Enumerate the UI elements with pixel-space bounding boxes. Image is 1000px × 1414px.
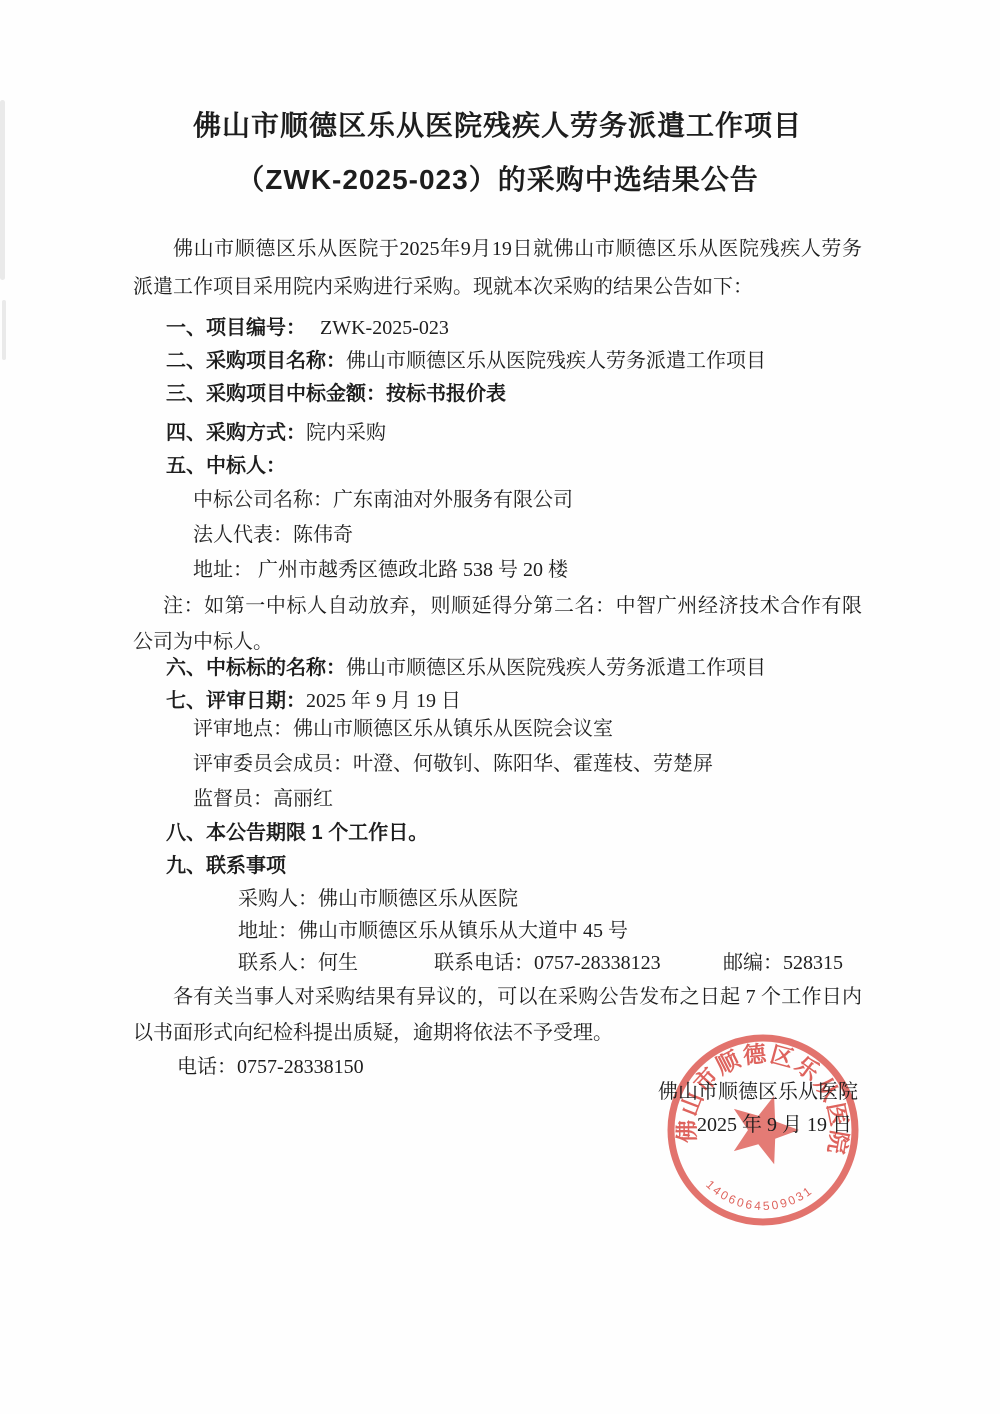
item-label: 六、中标标的名称：	[166, 657, 346, 679]
document-content: 佛山市顺德区乐从医院残疾人劳务派遣工作项目 （ZWK-2025-023）的采购中…	[133, 106, 862, 1142]
item-award-amount: 三、采购项目中标金额：按标书报价表	[133, 378, 862, 411]
signature-org: 佛山市顺德区乐从医院	[133, 1076, 862, 1109]
winner-legal-rep: 法人代表：陈伟奇	[133, 518, 862, 553]
item-label: 七、评审日期：	[166, 690, 306, 712]
announcement-list: 一、项目编号：ZWK-2025-023 二、采购项目名称：佛山市顺德区乐从医院残…	[133, 312, 862, 1142]
page-title-line2: （ZWK-2025-023）的采购中选结果公告	[133, 160, 862, 200]
item-label: 八、本公告期限 1 个工作日。	[166, 822, 428, 844]
item-value: 2025 年 9 月 19 日	[306, 690, 461, 712]
contact-address: 地址：佛山市顺德区乐从镇乐从大道中 45 号	[133, 915, 862, 947]
item-value: 佛山市顺德区乐从医院残疾人劳务派遣工作项目	[346, 350, 766, 372]
review-supervisor: 监督员：高丽红	[133, 782, 862, 817]
item-label: 九、联系事项	[166, 855, 286, 877]
contact-row: 联系人：何生 联系电话：0757-28338123 邮编：528315	[133, 947, 862, 979]
item-value: 院内采购	[306, 422, 386, 444]
item-project-number: 一、项目编号：ZWK-2025-023	[133, 312, 862, 345]
item-notice-period: 八、本公告期限 1 个工作日。	[133, 817, 862, 850]
item-label: 一、项目编号：	[166, 317, 306, 339]
intro-paragraph: 佛山市顺德区乐从医院于2025年9月19日就佛山市顺德区乐从医院残疾人劳务派遣工…	[133, 230, 862, 306]
scan-artifact	[2, 300, 6, 360]
item-label: 四、采购方式：	[166, 422, 306, 444]
signature-date: 2025 年 9 月 19 日	[133, 1109, 862, 1142]
item-contact-matters: 九、联系事项	[133, 850, 862, 883]
item-award-subject: 六、中标标的名称：佛山市顺德区乐从医院残疾人劳务派遣工作项目	[133, 652, 862, 685]
winner-company: 中标公司名称：广东南油对外服务有限公司	[133, 483, 862, 518]
item-label: 二、采购项目名称：	[166, 350, 346, 372]
item-label: 三、采购项目中标金额：	[166, 383, 386, 405]
item-label: 五、中标人：	[166, 455, 286, 477]
contact-postcode: 邮编：528315	[723, 947, 843, 979]
item-value: 佛山市顺德区乐从医院残疾人劳务派遣工作项目	[346, 657, 766, 679]
item-project-name: 二、采购项目名称：佛山市顺德区乐从医院残疾人劳务派遣工作项目	[133, 345, 862, 378]
page-title-line1: 佛山市顺德区乐从医院残疾人劳务派遣工作项目	[133, 106, 862, 146]
item-procurement-method: 四、采购方式：院内采购	[133, 417, 862, 450]
signature-block: 佛山市顺德区乐从医院 2025 年 9 月 19 日	[133, 1076, 862, 1142]
item-value: ZWK-2025-023	[320, 317, 449, 339]
note-paragraph: 注：如第一中标人自动放弃，则顺延得分第二名：中智广州经济技术合作有限公司为中标人…	[133, 588, 862, 660]
contact-phone: 联系电话：0757-28338123	[434, 947, 661, 979]
item-value: 按标书报价表	[386, 383, 506, 405]
winner-address: 地址： 广州市越秀区德政北路 538 号 20 楼	[133, 553, 862, 588]
contact-person: 联系人：何生	[238, 947, 358, 979]
contact-buyer: 采购人：佛山市顺德区乐从医院	[133, 883, 862, 915]
item-winner: 五、中标人：	[133, 450, 862, 483]
scan-artifact	[0, 100, 5, 280]
review-committee: 评审委员会成员：叶澄、何敬钊、陈阳华、霍莲枝、劳楚屏	[133, 747, 862, 782]
document-page: 佛山市顺德区乐从医院残疾人劳务派遣工作项目 （ZWK-2025-023）的采购中…	[0, 0, 1000, 1414]
review-place: 评审地点：佛山市顺德区乐从镇乐从医院会议室	[133, 712, 862, 747]
